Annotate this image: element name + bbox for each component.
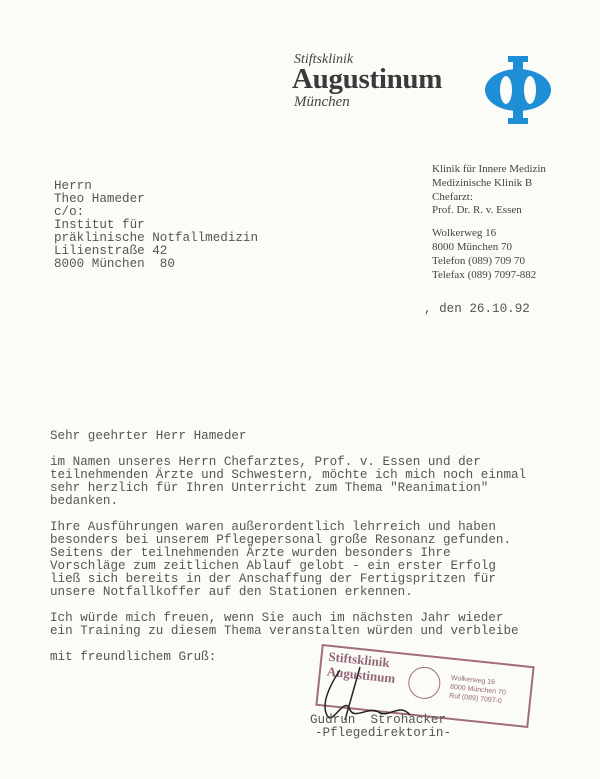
signatory-title: -Pflegedirektorin- (315, 727, 451, 740)
letterhead-name: Augustinum (292, 63, 442, 96)
salutation: Sehr geehrter Herr Hameder (50, 430, 590, 443)
recipient-address: Herrn Theo Hameder c/o: Institut für prä… (54, 180, 258, 271)
paragraph-2: Ihre Ausführungen waren außerordentlich … (50, 521, 590, 599)
unit: Medizinische Klinik B (432, 177, 546, 191)
paragraph-3: Ich würde mich freuen, wenn Sie auch im … (50, 612, 590, 638)
chief-name: Prof. Dr. R. v. Essen (432, 204, 546, 218)
phone: Telefon (089) 709 70 (432, 255, 546, 269)
street: Wolkerweg 16 (432, 227, 546, 241)
clinic-info: Klinik für Innere Medizin Medizinische K… (432, 163, 546, 282)
paragraph-1: im Namen unseres Herrn Chefarztes, Prof.… (50, 456, 590, 508)
department: Klinik für Innere Medizin (432, 163, 546, 177)
city: 8000 München 70 (432, 241, 546, 255)
letterhead-city: München (294, 94, 350, 111)
fax: Telefax (089) 7097-882 (432, 269, 546, 283)
phi-logo-icon (482, 54, 554, 126)
letter-date: , den 26.10.92 (424, 303, 530, 316)
chief-label: Chefarzt: (432, 191, 546, 205)
letter-body: Sehr geehrter Herr Hameder im Namen unse… (50, 430, 590, 677)
